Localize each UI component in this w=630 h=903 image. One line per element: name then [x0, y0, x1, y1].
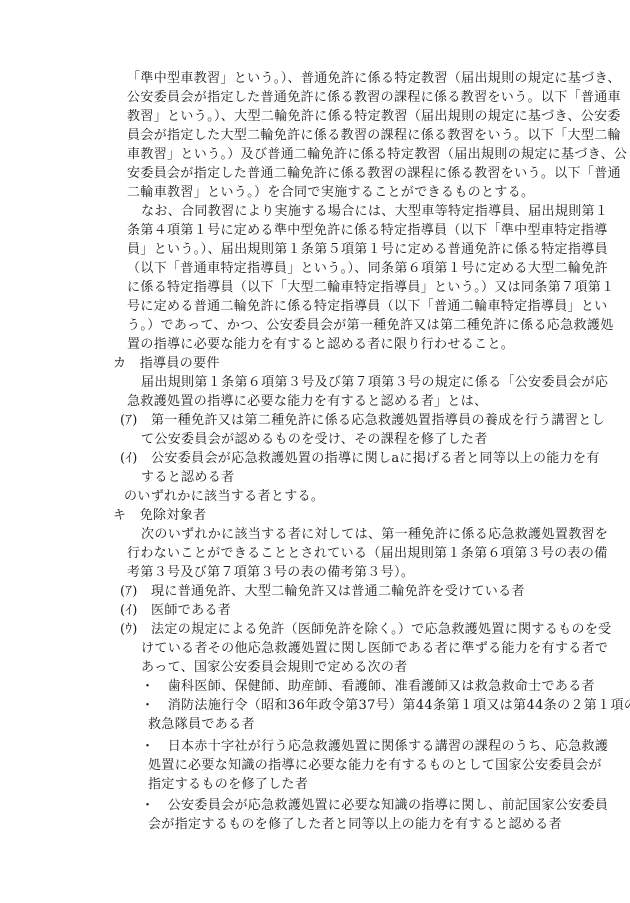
text-line: 指定するものを修了した者 — [148, 776, 308, 794]
text-line: ・ 日本赤十字社が行う応急救護処置に関係する講習の課程のうち、応急救護 — [141, 738, 608, 756]
text-line: 員」という。）、届出規則第１条第５項第１号に定める普通免許に係る特定指導員 — [127, 241, 608, 259]
text-line: (ｱ) 現に普通免許、大型二輪免許又は普通二輪免許を受けている者 — [120, 583, 525, 601]
text-line: 号に定める普通二輪免許に係る特定指導員（以下「普通二輪車特定指導員」とい — [127, 298, 608, 316]
text-line: カ 指導員の要件 — [113, 355, 220, 373]
text-line: のいずれかに該当する者とする。 — [124, 488, 324, 506]
text-line: 教習」という。）、大型二輪免許に係る特定教習（届出規則の規定に基づき、公安委 — [127, 108, 621, 126]
text-line: （以下「普通車特定指導員」という。）、同条第６項第１号に定める大型二輪免許 — [127, 260, 608, 278]
text-line: キ 免除対象者 — [113, 507, 206, 525]
text-line: 行わないことができることとされている（届出規則第１条第６項第３号の表の備 — [127, 545, 608, 563]
text-line: (ｲ) 公安委員会が応急救護処置の指導に関しaに掲げる者と同等以上の能力を有 — [120, 450, 600, 468]
text-line: すると認める者 — [141, 469, 234, 487]
text-line: あって、国家公安委員会規則で定める次の者 — [141, 659, 408, 677]
text-line: 二輪車教習」という。）を合同で実施することができるものとする。 — [127, 184, 534, 202]
text-line: 安委員会が指定した普通二輪免許に係る教習の課程に係る教習をいう。以下「普通 — [127, 165, 621, 183]
document-page: 「準中型車教習」という。）、普通免許に係る特定教習（届出規則の規定に基づき、公安… — [0, 0, 630, 903]
text-line: 置の指導に必要な能力を有すると認める者に限り行わせること。 — [127, 336, 514, 354]
text-line: う。）であって、かつ、公安委員会が第一種免許又は第二種免許に係る応急救護処 — [127, 317, 614, 335]
text-line: 車教習」という。）及び普通二輪免許に係る特定教習（届出規則の規定に基づき、公 — [127, 146, 627, 164]
text-line: 公安委員会が指定した普通免許に係る教習の課程に係る教習をいう。以下「普通車 — [127, 89, 621, 107]
text-line: なお、合同教習により実施する場合には、大型車等特定指導員、届出規則第１ — [141, 203, 608, 221]
text-line: に係る特定指導員（以下「大型二輪車特定指導員」という。）又は同条第７項第１ — [127, 279, 614, 297]
text-line: 次のいずれかに該当する者に対しては、第一種免許に係る応急救護処置教習を — [141, 526, 608, 544]
text-line: 「準中型車教習」という。）、普通免許に係る特定教習（届出規則の規定に基づき、 — [127, 70, 621, 88]
text-line: 会が指定するものを修了した者と同等以上の能力を有すると認める者 — [148, 816, 562, 834]
text-line: 届出規則第１条第６項第３号及び第７項第３号の規定に係る「公安委員会が応 — [141, 374, 608, 392]
text-line: 考第３号及び第７項第３号の表の備考第３号）。 — [127, 564, 414, 582]
text-line: 条第４項第１号に定める準中型免許に係る特定指導員（以下「準中型車特定指導 — [127, 222, 608, 240]
text-line: (ｳ) 法定の規定による免許（医師免許を除く。）で応急救護処置に関するものを受 — [120, 621, 612, 639]
text-line: て公安委員会が認めるものを受け、その課程を修了した者 — [141, 431, 488, 449]
text-line: 急救護処置の指導に必要な能力を有すると認める者」とは、 — [127, 393, 487, 411]
text-line: 員会が指定した大型二輪免許に係る教習の課程に係る教習をいう。以下「大型二輪 — [127, 127, 621, 145]
text-line: (ｲ) 医師である者 — [120, 602, 231, 620]
text-line: けている者その他応急救護処置に関し医師である者に準ずる能力を有する者で — [141, 640, 608, 658]
text-line: 処置に必要な知識の指導に必要な能力を有するものとして国家公安委員会が — [148, 757, 602, 775]
text-line: ・ 公安委員会が応急救護処置に必要な知識の指導に関し、前記国家公安委員 — [141, 797, 608, 815]
text-line: ・ 歯科医師、保健師、助産師、看護師、准看護師又は救急救命士である者 — [141, 678, 595, 696]
text-line: 救急隊員である者 — [148, 716, 255, 734]
text-line: ・ 消防法施行令（昭和36年政令第37号）第44条第１項又は第44条の２第１項の — [141, 697, 630, 715]
text-line: (ｱ) 第一種免許又は第二種免許に係る応急救護処置指導員の養成を行う講習とし — [120, 412, 605, 430]
